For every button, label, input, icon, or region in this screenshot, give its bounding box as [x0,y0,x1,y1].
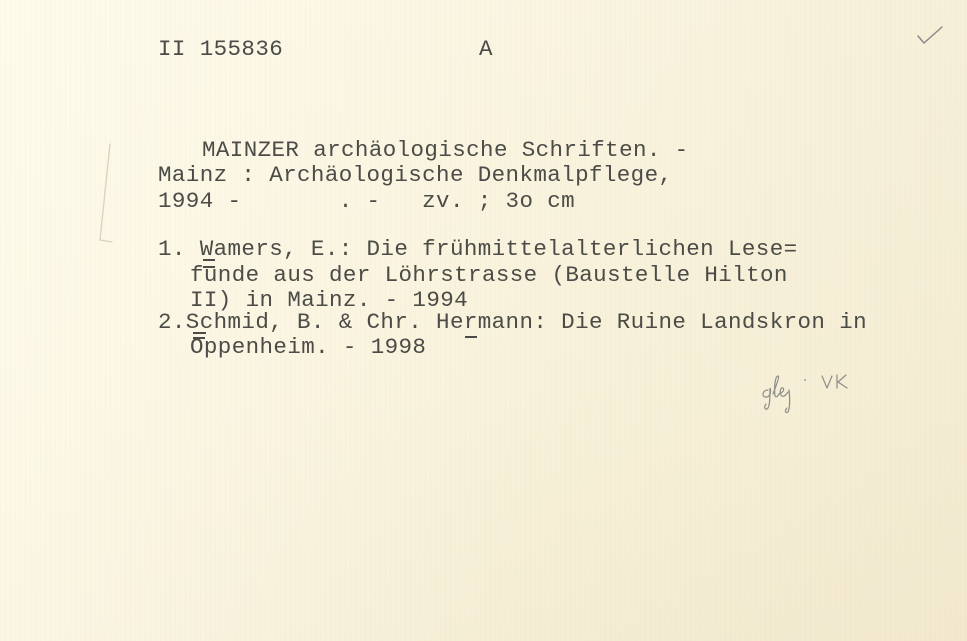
title-line-1: MAINZER archäologische Schriften. - [202,139,689,162]
title-line-3: 1994 - . - zv. ; 3o cm [158,190,575,213]
call-number: II 155836 [158,38,283,61]
typed-overline-mark [193,337,205,339]
typed-overline-mark [465,336,477,338]
contents-item-1-line-1: 1. Wamers, E.: Die frühmittelalterlichen… [158,238,798,261]
location-letter: A [479,38,493,61]
checkmark-icon [915,24,945,46]
pencil-margin-mark [92,140,122,250]
contents-item-2-line-2: Oppenheim. - 1998 [190,336,426,359]
catalog-card: II 155836 A MAINZER archäologische Schri… [0,0,967,641]
typed-underline-mark [193,332,206,334]
typed-underline-mark [203,259,215,261]
handwritten-note: glej VK [758,368,868,418]
typed-overline-mark [203,266,215,268]
title-line-2: Mainz : Archäologische Denkmalpflege, [158,164,672,187]
contents-item-2-line-1: 2.Schmid, B. & Chr. Hermann: Die Ruine L… [158,311,867,334]
contents-item-1-line-2: funde aus der Löhrstrasse (Baustelle Hil… [190,264,788,287]
